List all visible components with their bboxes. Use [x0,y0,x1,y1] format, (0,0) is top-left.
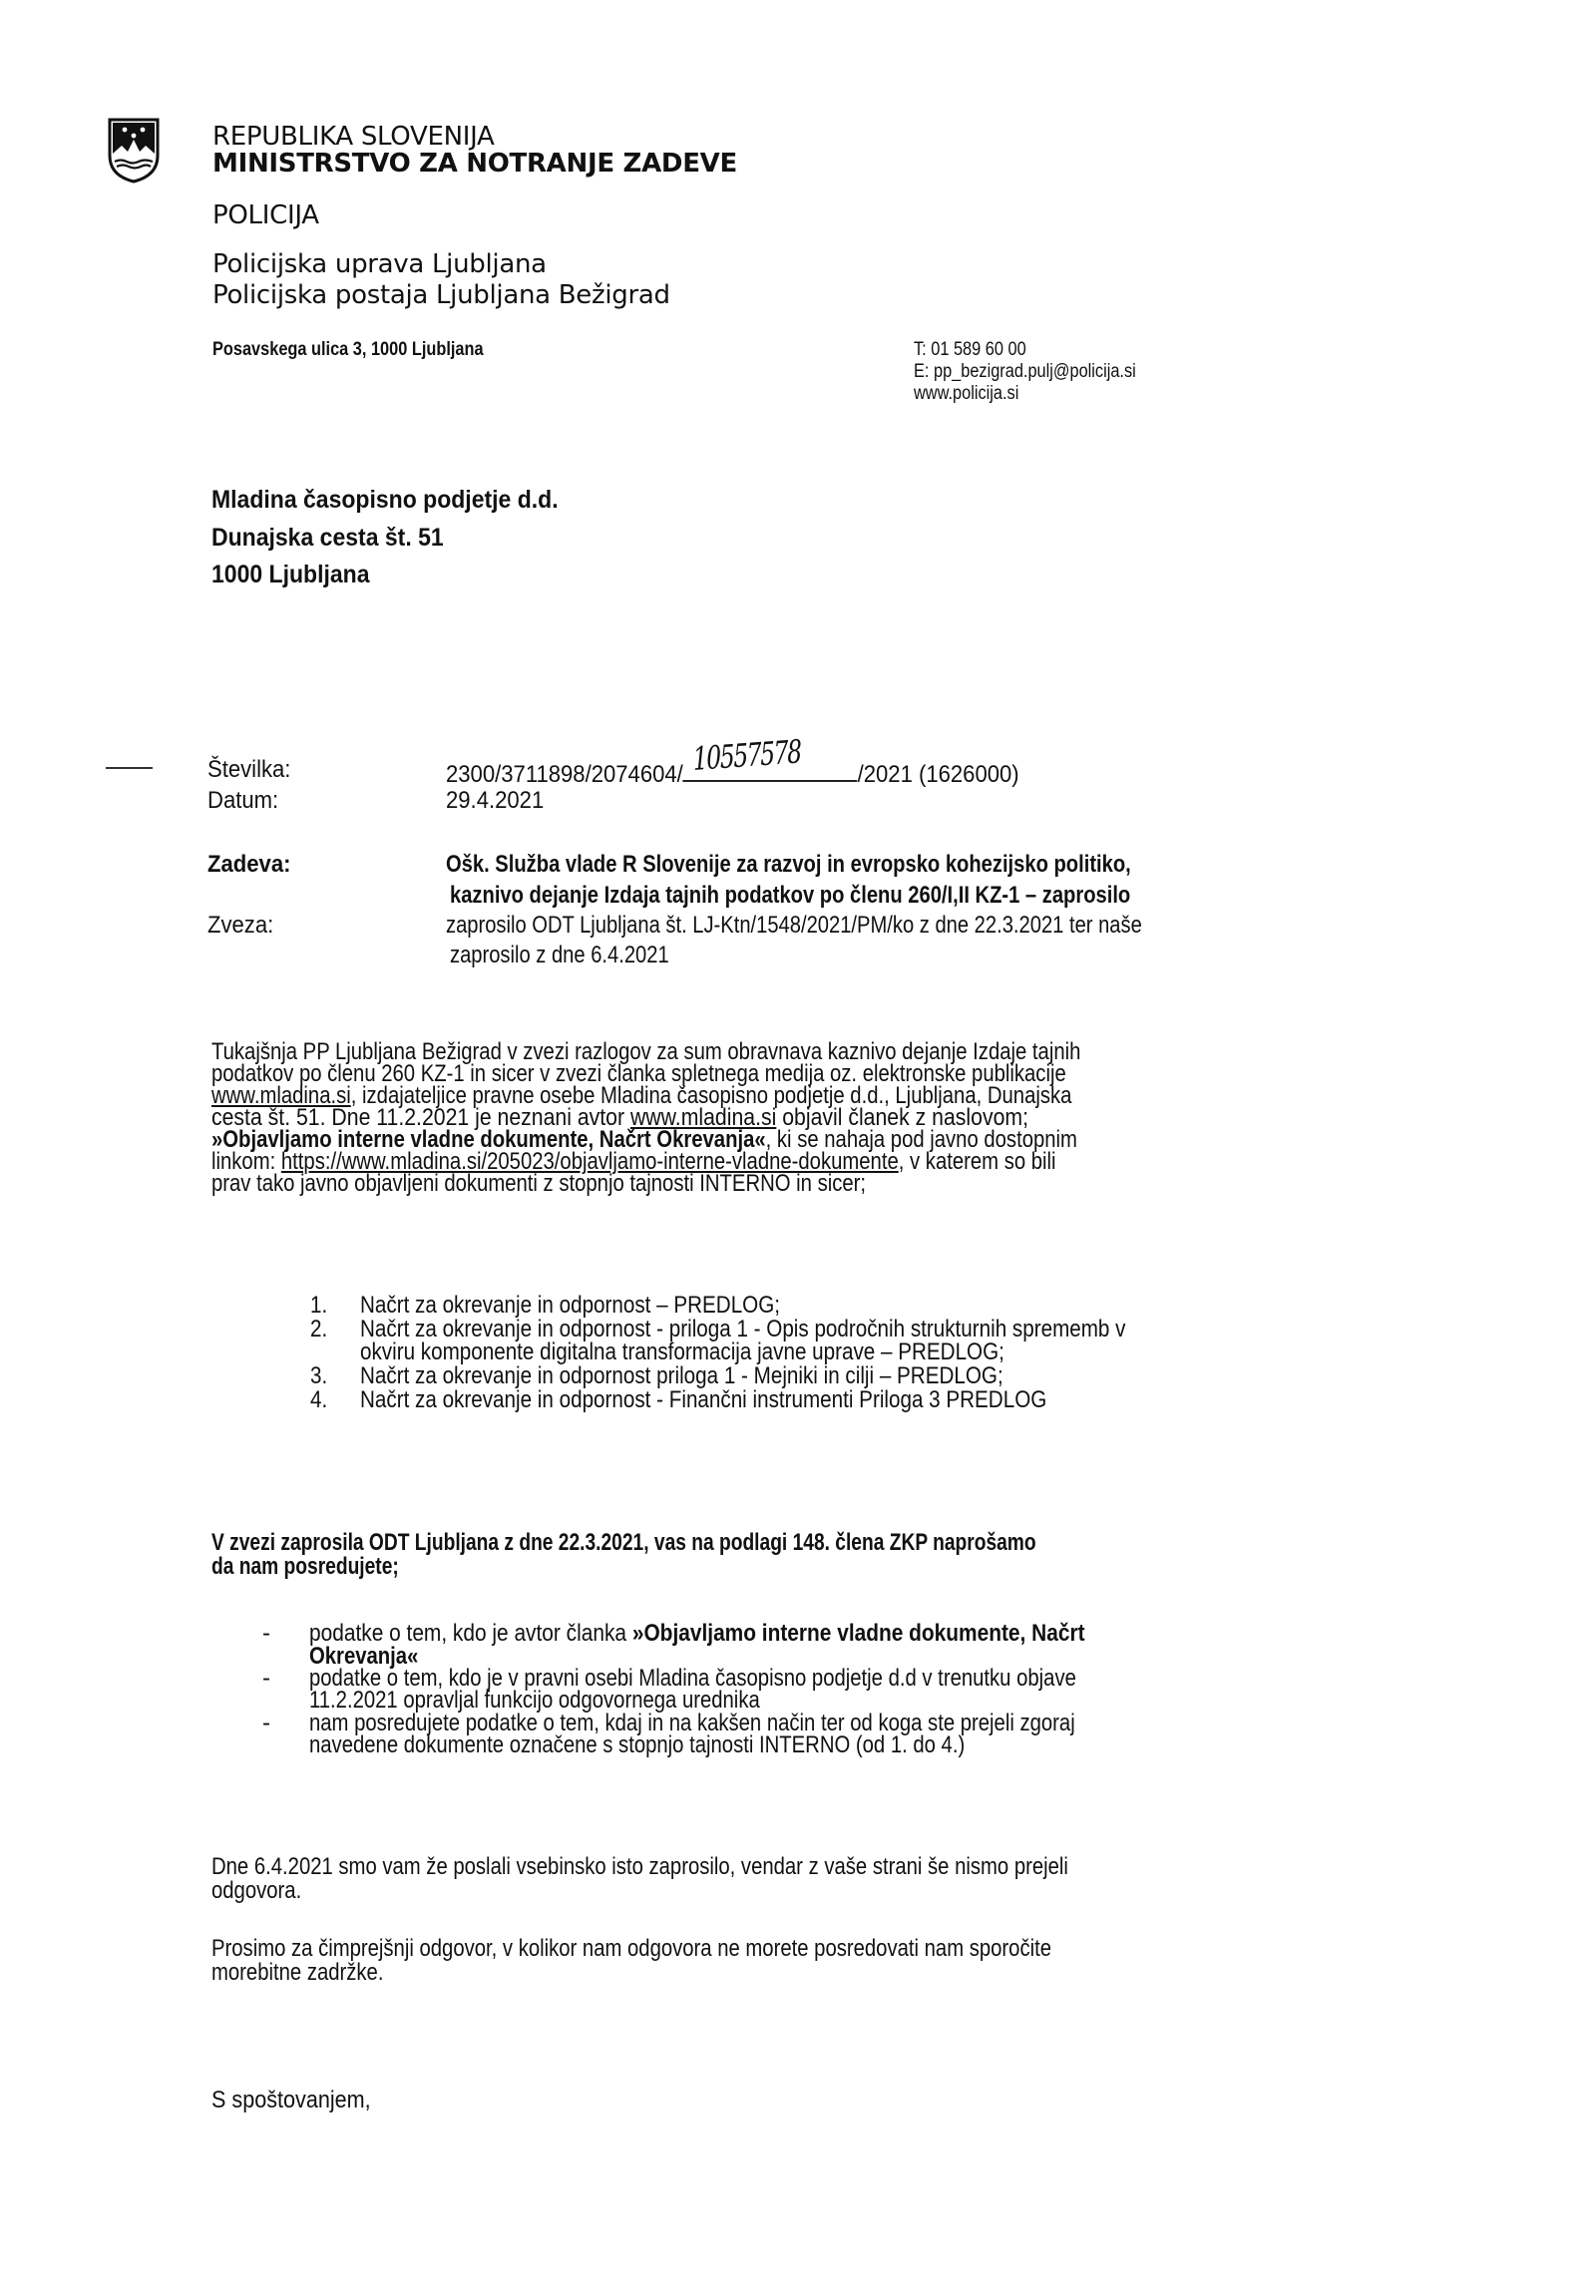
followup-text: odgovora. [211,1877,301,1905]
date-value: 29.4.2021 [446,787,544,815]
followup-text: Dne 6.4.2021 smo vam že poslali vsebinsk… [211,1853,1068,1881]
coat-of-arms-icon [106,116,162,184]
ministry-name: MINISTRSTVO ZA NOTRANJE ZADEVE [212,149,737,179]
country-name: REPUBLIKA SLOVENIJA [212,122,495,152]
signoff: S spoštovanjem, [211,2087,371,2114]
subject-line: Ošk. Služba vlade R Slovenije za razvoj … [446,851,1131,879]
handwritten-number-field: 10557578 [683,756,858,782]
request-item: navedene dokumente označene s stopnjo ta… [309,1731,965,1759]
number-prefix: 2300/3711898/2074604/ [446,761,683,788]
body-line: prav tako javno objavljeni dokumenti z s… [211,1170,866,1198]
directorate-name: Policijska uprava Ljubljana [212,249,547,279]
reference-line: zaprosilo z dne 6.4.2021 [450,942,669,969]
subject-line: kaznivo dejanje Izdaja tajnih podatkov p… [450,882,1130,910]
list-number: 2. [310,1316,327,1343]
fold-mark [106,767,153,769]
sender-email: E: pp_bezigrad.pulj@policija.si [914,361,1136,383]
recipient-city: 1000 Ljubljana [211,561,370,589]
sender-website: www.policija.si [914,383,1018,405]
sender-address: Posavskega ulica 3, 1000 Ljubljana [212,339,484,361]
service-name: POLICIJA [212,200,319,230]
body-text: , v katerem so bili [899,1148,1056,1175]
bullet: - [262,1665,270,1693]
sender-phone: T: 01 589 60 00 [914,339,1026,361]
recipient-name: Mladina časopisno podjetje d.d. [211,486,559,515]
article-title: »Objavljamo interne vladne dokumente, Na… [632,1620,1085,1647]
list-item: Načrt za okrevanje in odpornost - Finanč… [360,1386,1046,1414]
subject-label: Zadeva: [207,851,290,879]
reference-line: zaprosilo ODT Ljubljana št. LJ-Ktn/1548/… [446,912,1142,940]
bullet: - [262,1710,270,1737]
recipient-street: Dunajska cesta št. 51 [211,524,444,553]
number-label: Številka: [207,756,290,784]
list-number: 4. [310,1386,327,1414]
request-heading: da nam posredujete; [211,1553,399,1581]
station-name: Policijska postaja Ljubljana Bežigrad [212,280,670,310]
number-suffix: /2021 (1626000) [858,761,1019,788]
closing-text: morebitne zadržke. [211,1959,383,1987]
handwritten-number: 10557578 [692,732,801,778]
reference-label: Zveza: [207,912,273,940]
reference-number: 2300/3711898/2074604/10557578/2021 (1626… [446,756,1019,789]
bullet: - [262,1620,270,1648]
date-label: Datum: [207,787,278,815]
request-item: podatke o tem, kdo je avtor članka »Obja… [309,1620,1085,1648]
